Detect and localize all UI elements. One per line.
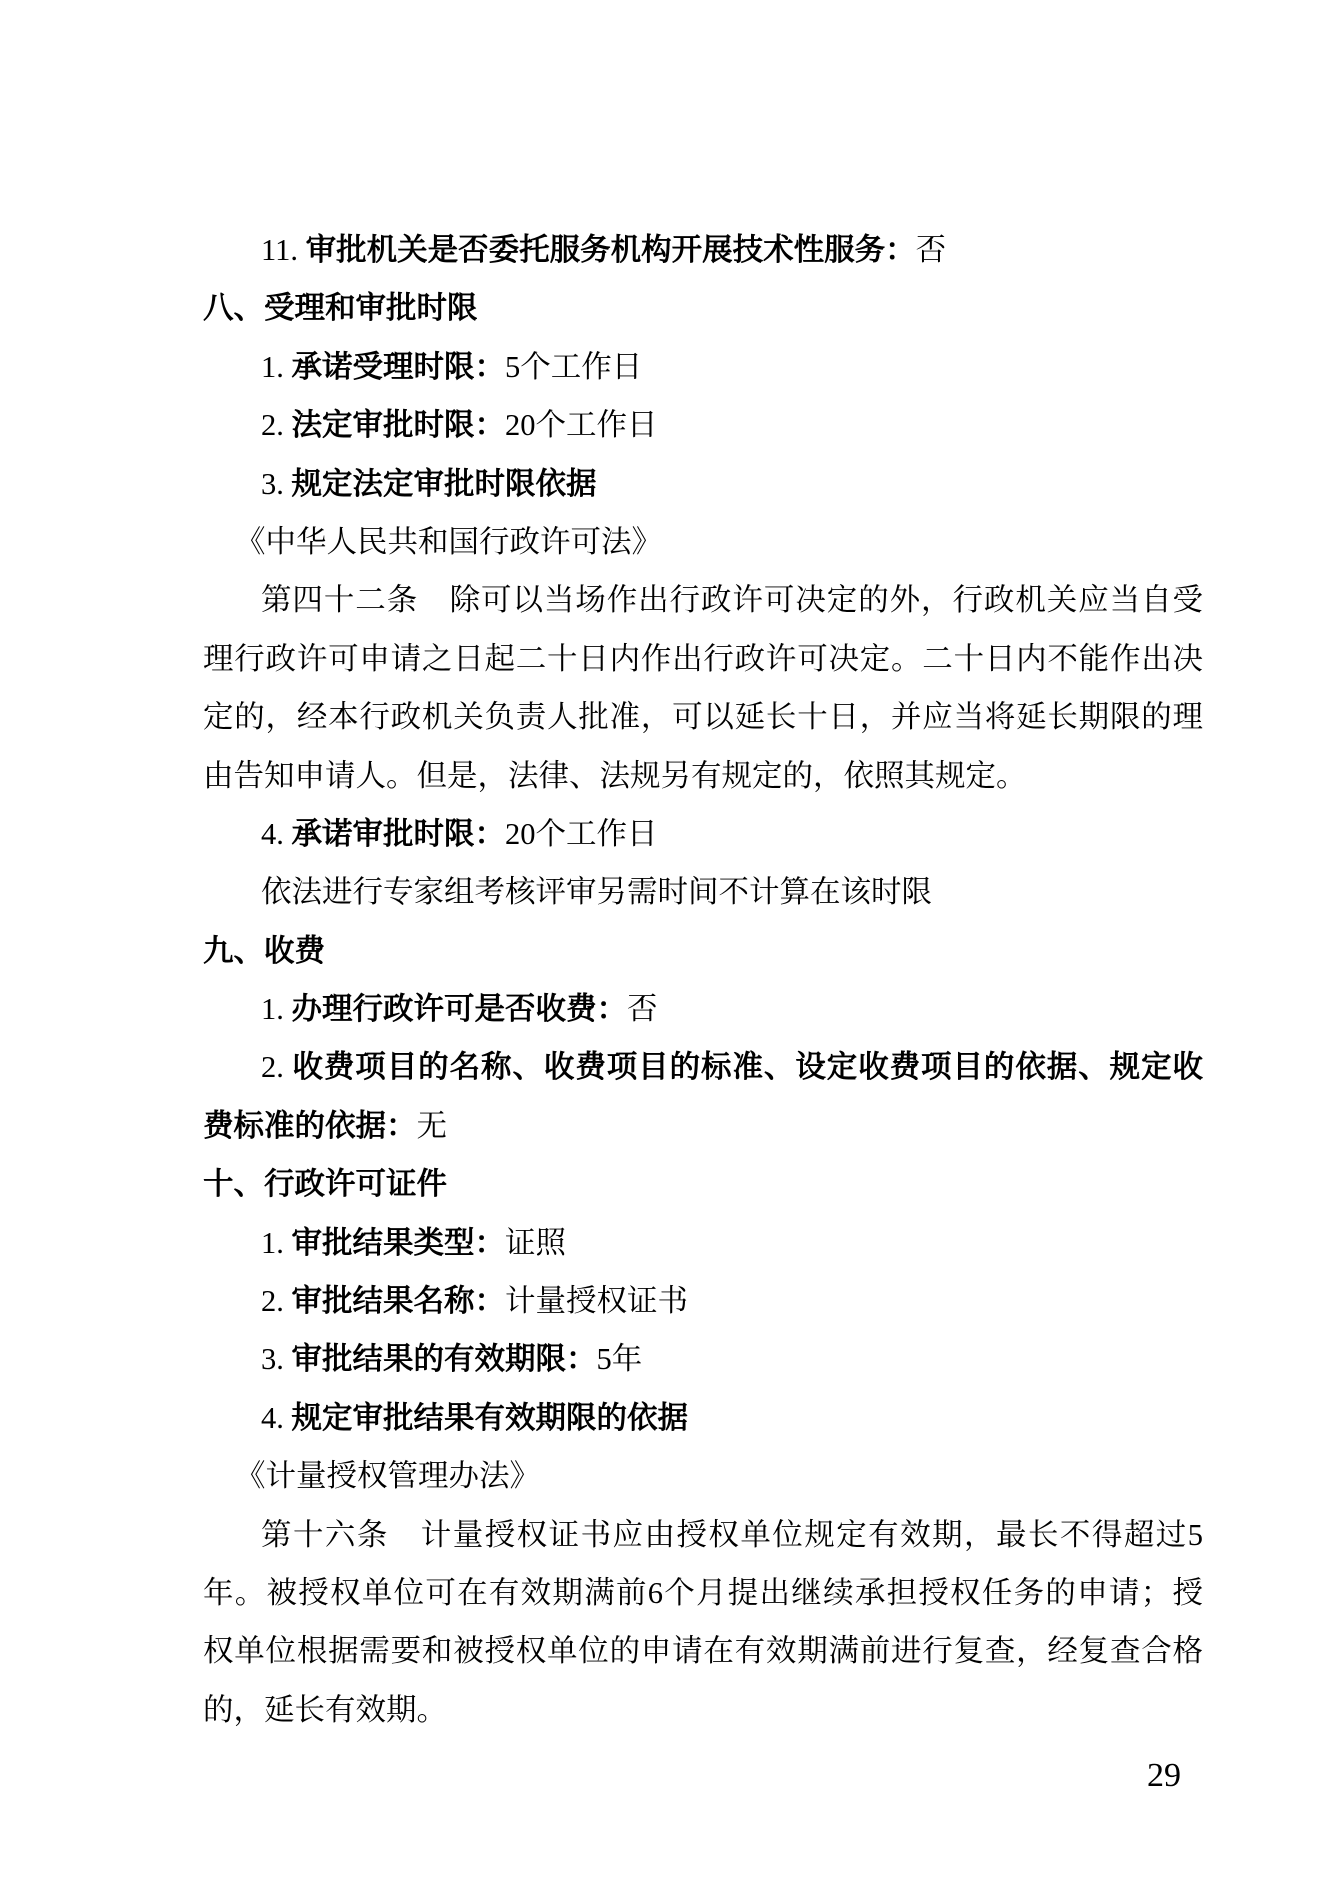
paragraph-text: 理行政许可申请之日起二十日内作出行政许可决定。二十日内不能作出决 bbox=[203, 642, 1203, 676]
law-article-42-line-4: 由告知申请人。但是，法律、法规另有规定的，依照其规定。 bbox=[203, 747, 1203, 805]
section-heading-8: 八、受理和审批时限 bbox=[203, 279, 1203, 337]
item-value: 5年 bbox=[597, 1342, 643, 1376]
paragraph-text: 由告知申请人。但是，法律、法规另有规定的，依照其规定。 bbox=[203, 759, 1027, 793]
numbered-item-10-1: 1. 审批结果类型：证照 bbox=[203, 1214, 1203, 1272]
numbered-item-11: 11. 审批机关是否委托服务机构开展技术性服务：否 bbox=[203, 221, 1203, 279]
section-title: 九、收费 bbox=[203, 934, 325, 968]
item-number: 2. bbox=[261, 1284, 292, 1318]
item-label: 收费项目的名称、收费项目的标准、设定收费项目的依据、规定收 bbox=[292, 1050, 1203, 1084]
numbered-item-8-3: 3. 规定法定审批时限依据 bbox=[203, 455, 1203, 513]
item-value: 否 bbox=[916, 233, 947, 267]
item-value: 否 bbox=[627, 992, 658, 1026]
item-number: 3. bbox=[261, 467, 292, 501]
item-number: 4. bbox=[261, 817, 292, 851]
section-title: 八、受理和审批时限 bbox=[203, 291, 478, 325]
law-article-42-line-2: 理行政许可申请之日起二十日内作出行政许可决定。二十日内不能作出决 bbox=[203, 630, 1203, 688]
note-text: 依法进行专家组考核评审另需时间不计算在该时限 bbox=[261, 875, 932, 909]
paragraph-text: 第十六条 计量授权证书应由授权单位规定有效期，最长不得超过5 bbox=[261, 1518, 1203, 1552]
item-number: 1. bbox=[261, 1226, 292, 1260]
item-number: 2. bbox=[261, 1050, 292, 1084]
section-heading-10: 十、行政许可证件 bbox=[203, 1155, 1203, 1213]
item-label: 审批结果的有效期限： bbox=[292, 1342, 597, 1376]
paragraph-text: 第四十二条 除可以当场作出行政许可决定的外，行政机关应当自受 bbox=[261, 583, 1203, 617]
numbered-item-10-4: 4. 规定审批结果有效期限的依据 bbox=[203, 1389, 1203, 1447]
page-number: 29 bbox=[1147, 1756, 1181, 1796]
item-label: 承诺审批时限： bbox=[292, 817, 506, 851]
numbered-item-10-3: 3. 审批结果的有效期限：5年 bbox=[203, 1330, 1203, 1388]
paragraph-text: 年。被授权单位可在有效期满前6个月提出继续承担授权任务的申请；授 bbox=[203, 1576, 1203, 1610]
item-number: 1. bbox=[261, 350, 292, 384]
numbered-item-9-2-line-1: 2. 收费项目的名称、收费项目的标准、设定收费项目的依据、规定收 bbox=[203, 1038, 1203, 1096]
law-article-16-line-4: 的，延长有效期。 bbox=[203, 1681, 1203, 1739]
item-label: 审批机关是否委托服务机构开展技术性服务： bbox=[306, 233, 916, 267]
paragraph-text: 定的，经本行政机关负责人批准，可以延长十日，并应当将延长期限的理 bbox=[203, 700, 1203, 734]
item-label: 承诺受理时限： bbox=[292, 350, 506, 384]
document-page: 11. 审批机关是否委托服务机构开展技术性服务：否 八、受理和审批时限 1. 承… bbox=[0, 0, 1339, 1890]
note-expert-review: 依法进行专家组考核评审另需时间不计算在该时限 bbox=[203, 863, 1203, 921]
item-value: 20个工作日 bbox=[505, 408, 658, 442]
item-value: 20个工作日 bbox=[505, 817, 658, 851]
cited-law-title-1: 《中华人民共和国行政许可法》 bbox=[203, 513, 1203, 571]
law-article-42-line-1: 第四十二条 除可以当场作出行政许可决定的外，行政机关应当自受 bbox=[203, 571, 1203, 629]
paragraph-text: 的，延长有效期。 bbox=[203, 1693, 447, 1727]
numbered-item-9-1: 1. 办理行政许可是否收费：否 bbox=[203, 980, 1203, 1038]
item-number: 4. bbox=[261, 1401, 292, 1435]
section-heading-9: 九、收费 bbox=[203, 922, 1203, 980]
item-value: 计量授权证书 bbox=[505, 1284, 688, 1318]
item-label: 规定审批结果有效期限的依据 bbox=[292, 1401, 689, 1435]
item-number: 3. bbox=[261, 1342, 292, 1376]
law-article-42-line-3: 定的，经本行政机关负责人批准，可以延长十日，并应当将延长期限的理 bbox=[203, 688, 1203, 746]
numbered-item-8-2: 2. 法定审批时限：20个工作日 bbox=[203, 396, 1203, 454]
item-number: 1. bbox=[261, 992, 292, 1026]
law-article-16-line-3: 权单位根据需要和被授权单位的申请在有效期满前进行复查，经复查合格 bbox=[203, 1622, 1203, 1680]
law-article-16-line-1: 第十六条 计量授权证书应由授权单位规定有效期，最长不得超过5 bbox=[203, 1506, 1203, 1564]
section-title: 十、行政许可证件 bbox=[203, 1167, 447, 1201]
item-value: 5个工作日 bbox=[505, 350, 642, 384]
document-body: 11. 审批机关是否委托服务机构开展技术性服务：否 八、受理和审批时限 1. 承… bbox=[203, 221, 1203, 1739]
item-label: 规定法定审批时限依据 bbox=[292, 467, 597, 501]
numbered-item-8-4: 4. 承诺审批时限：20个工作日 bbox=[203, 805, 1203, 863]
item-number: 2. bbox=[261, 408, 292, 442]
numbered-item-10-2: 2. 审批结果名称：计量授权证书 bbox=[203, 1272, 1203, 1330]
item-number: 11. bbox=[261, 233, 306, 267]
item-value: 证照 bbox=[505, 1226, 566, 1260]
item-value: 无 bbox=[417, 1109, 448, 1143]
paragraph-text: 权单位根据需要和被授权单位的申请在有效期满前进行复查，经复查合格 bbox=[203, 1634, 1203, 1668]
law-title-text: 《计量授权管理办法》 bbox=[235, 1459, 540, 1493]
numbered-item-9-2-line-2: 费标准的依据：无 bbox=[203, 1097, 1203, 1155]
numbered-item-8-1: 1. 承诺受理时限：5个工作日 bbox=[203, 338, 1203, 396]
item-label: 法定审批时限： bbox=[292, 408, 506, 442]
item-label: 审批结果类型： bbox=[292, 1226, 506, 1260]
item-label: 办理行政许可是否收费： bbox=[292, 992, 628, 1026]
item-label: 费标准的依据： bbox=[203, 1109, 417, 1143]
law-article-16-line-2: 年。被授权单位可在有效期满前6个月提出继续承担授权任务的申请；授 bbox=[203, 1564, 1203, 1622]
item-label: 审批结果名称： bbox=[292, 1284, 506, 1318]
cited-law-title-2: 《计量授权管理办法》 bbox=[203, 1447, 1203, 1505]
law-title-text: 《中华人民共和国行政许可法》 bbox=[235, 525, 662, 559]
